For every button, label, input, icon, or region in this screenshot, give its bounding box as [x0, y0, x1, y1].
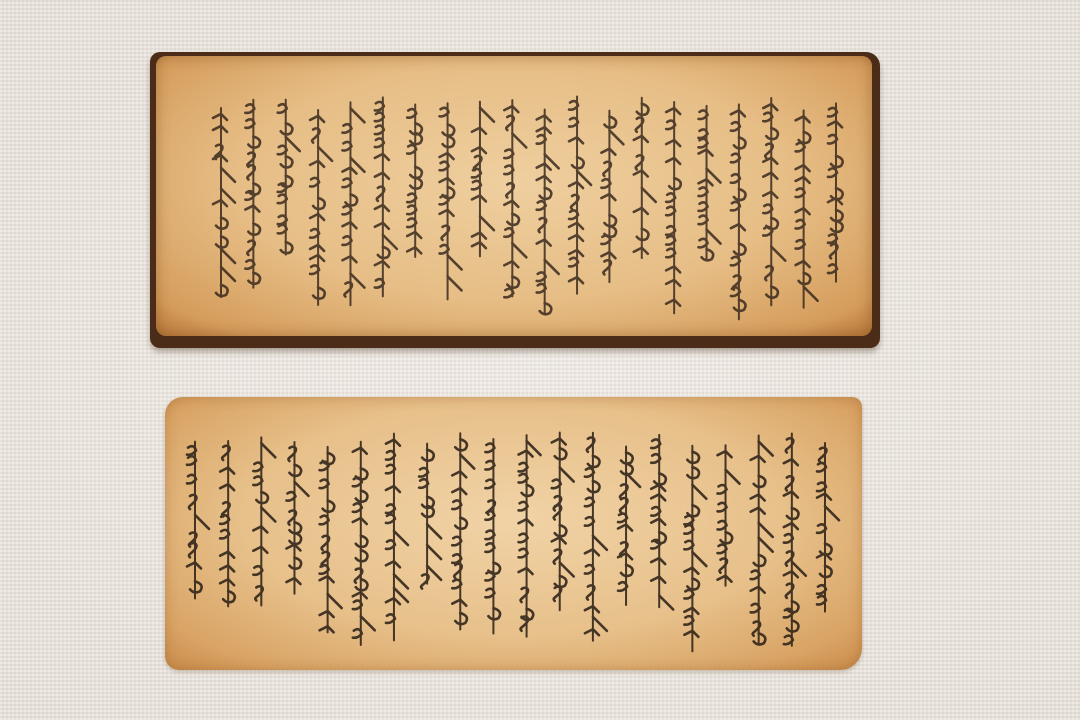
folio-top-page	[156, 56, 872, 336]
mongolian-script-columns-top	[156, 56, 872, 336]
manuscript-folio-bottom: Loose manuscript folio with worn, torn e…	[165, 397, 862, 670]
manuscript-folio-top: Bound manuscript folio with darkened edg…	[150, 52, 880, 348]
mongolian-script-columns-bottom	[165, 397, 862, 670]
